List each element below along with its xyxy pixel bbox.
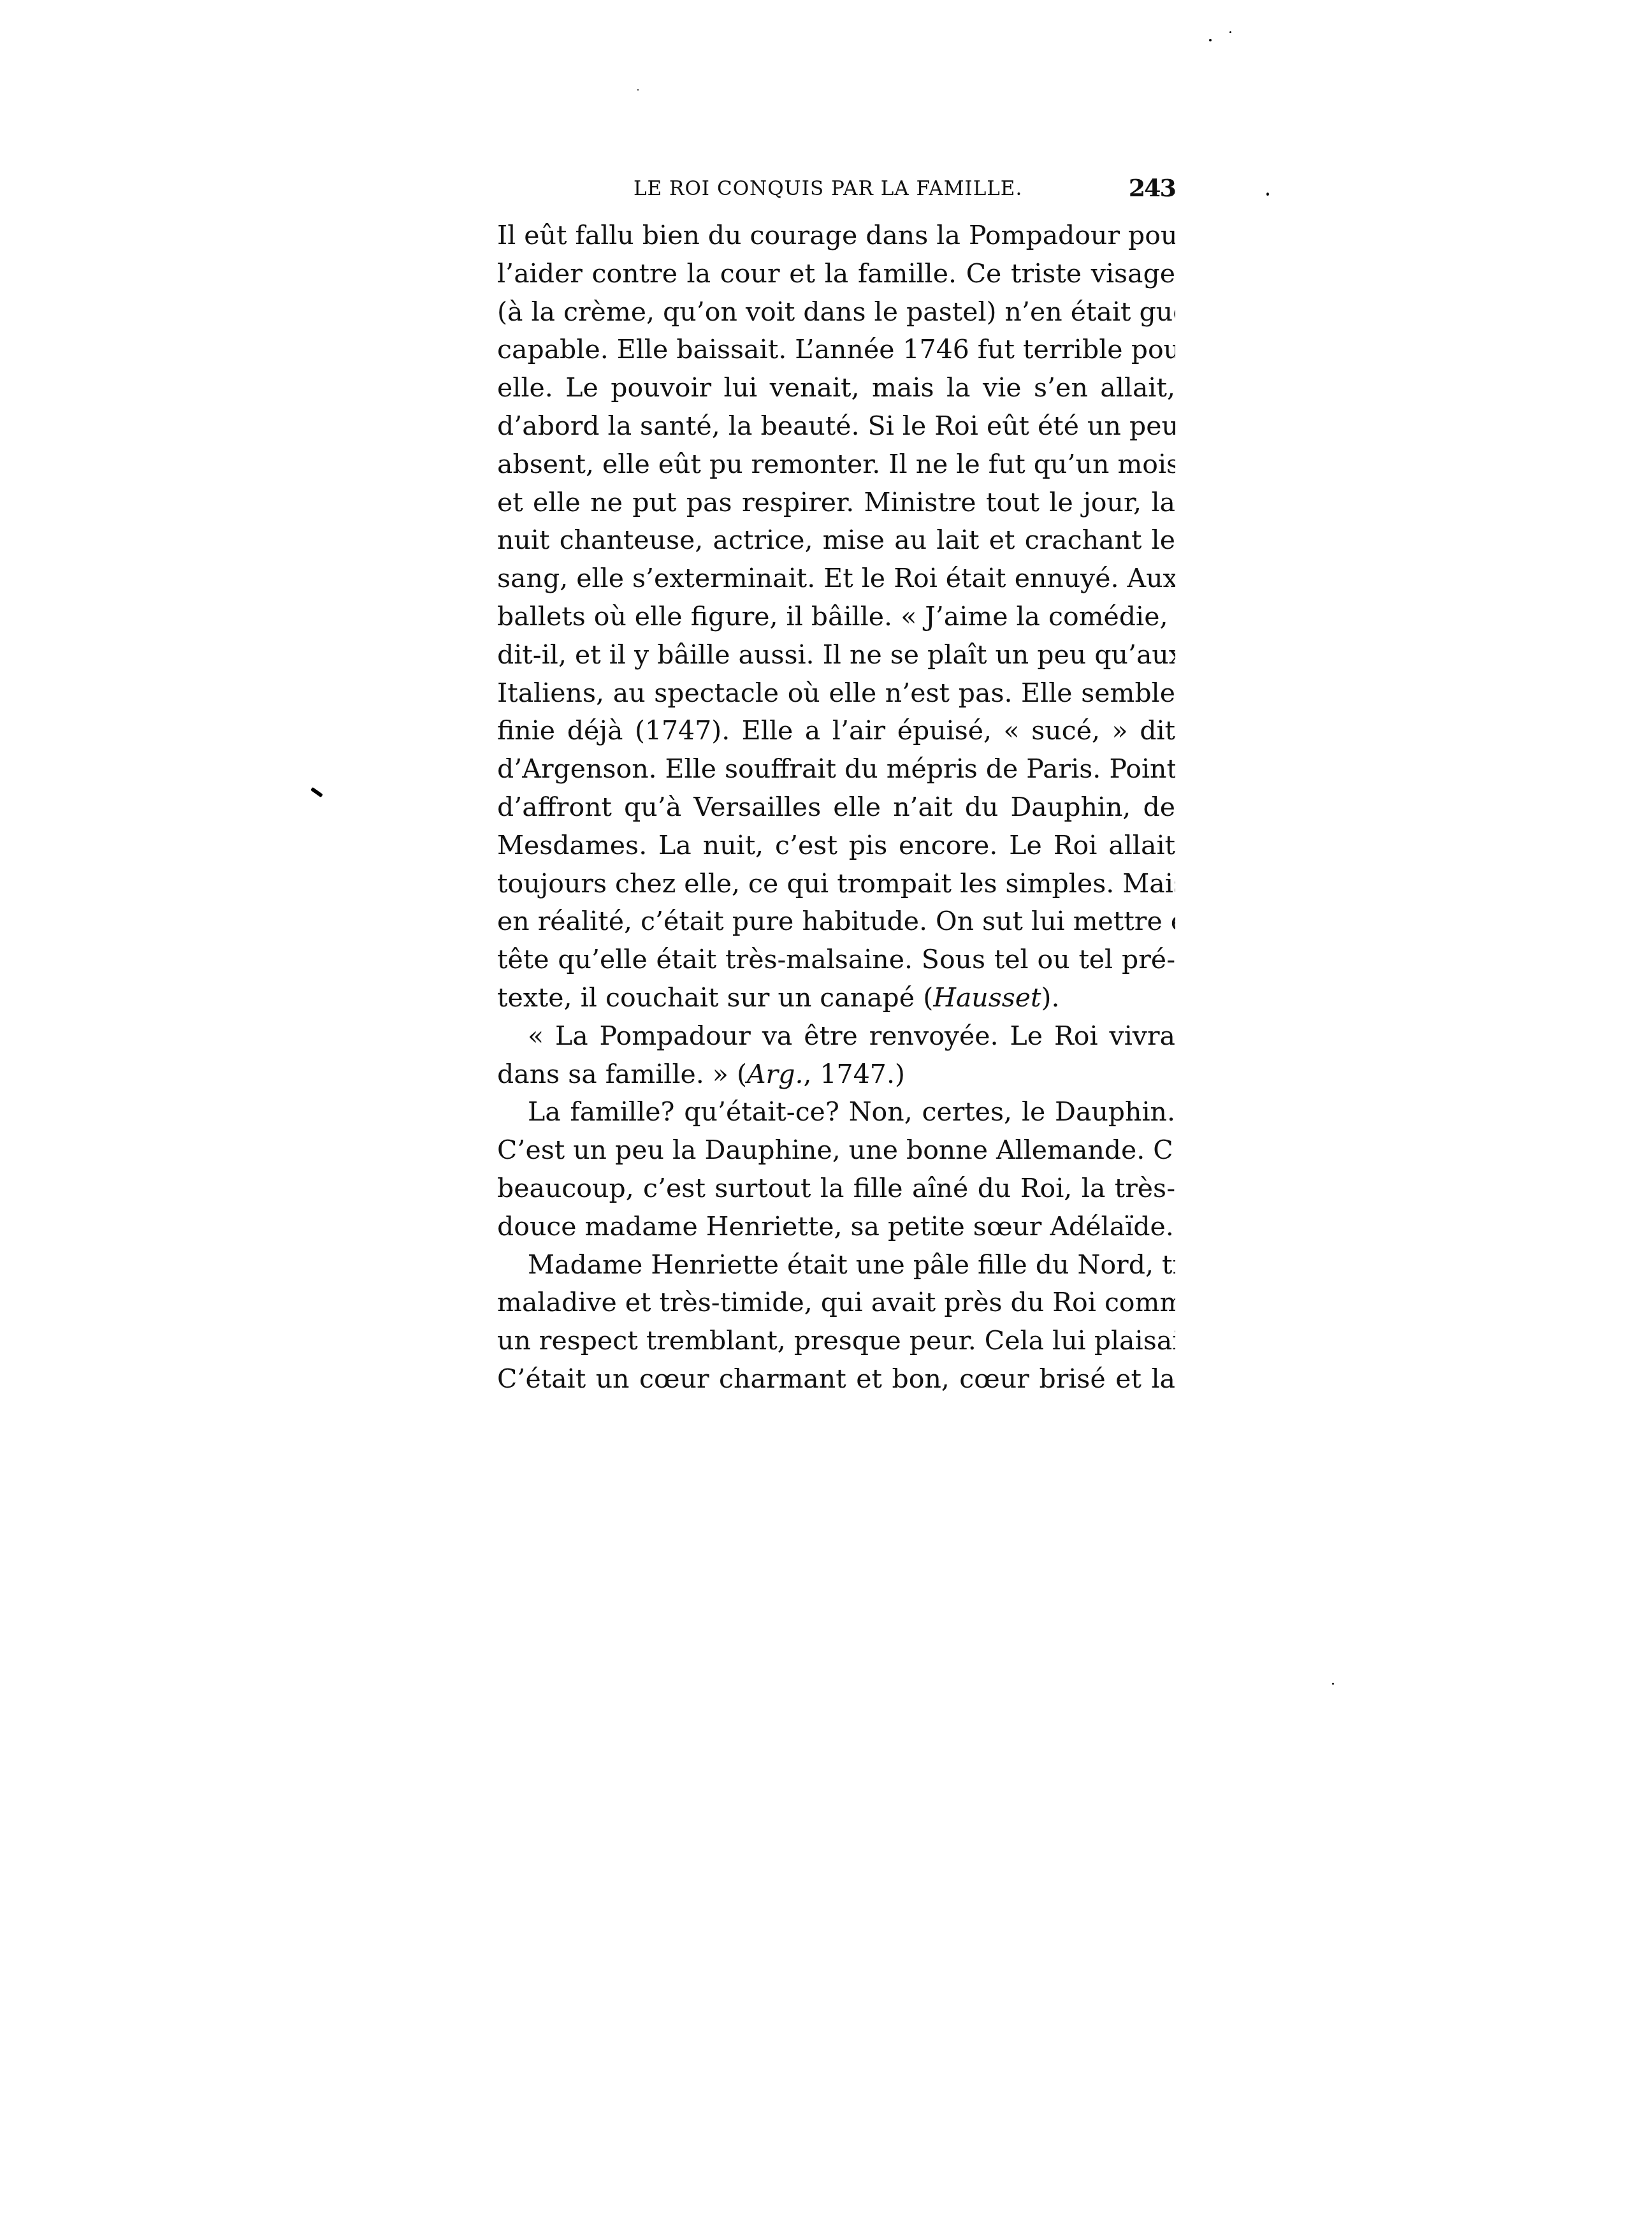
text-line: Mesdames. La nuit, c’est pis encore. Le … bbox=[497, 827, 1175, 865]
scan-speck bbox=[1266, 192, 1269, 196]
text-line: toujours chez elle, ce qui trompait les … bbox=[497, 865, 1175, 903]
running-head: LE ROI CONQUIS PAR LA FAMILLE. 243 bbox=[497, 173, 1175, 205]
text-line: « La Pompadour va être renvoyée. Le Roi … bbox=[497, 1017, 1175, 1056]
text-line: ballets où elle figure, il bâille. « J’a… bbox=[497, 598, 1175, 636]
text-line: Il eût fallu bien du courage dans la Pom… bbox=[497, 217, 1175, 255]
text-line: nuit chanteuse, actrice, mise au lait et… bbox=[497, 521, 1175, 560]
text-run: , 1747.) bbox=[803, 1059, 904, 1089]
text-line: (à la crème, qu’on voit dans le pastel) … bbox=[497, 293, 1175, 331]
text-line: absent, elle eût pu remonter. Il ne le f… bbox=[497, 446, 1175, 484]
body-text: Il eût fallu bien du courage dans la Pom… bbox=[497, 217, 1175, 1398]
text-line: dit-il, et il y bâille aussi. Il ne se p… bbox=[497, 636, 1175, 674]
paragraph: Il eût fallu bien du courage dans la Pom… bbox=[497, 217, 1175, 1017]
scan-speck bbox=[637, 89, 639, 91]
text-line: Italiens, au spectacle où elle n’est pas… bbox=[497, 674, 1175, 713]
text-run: ). bbox=[1041, 982, 1060, 1013]
scan-speck bbox=[1332, 1683, 1334, 1685]
text-line: d’Argenson. Elle souffrait du mépris de … bbox=[497, 750, 1175, 788]
text-line: elle. Le pouvoir lui venait, mais la vie… bbox=[497, 369, 1175, 407]
scan-mark bbox=[310, 787, 323, 797]
text-line: en réalité, c’était pure habitude. On su… bbox=[497, 903, 1175, 941]
text-line: l’aider contre la cour et la famille. Ce… bbox=[497, 255, 1175, 293]
scan-speck bbox=[1229, 31, 1231, 33]
text-line: un respect tremblant, presque peur. Cela… bbox=[497, 1322, 1175, 1360]
text-line: maladive et très-timide, qui avait près … bbox=[497, 1284, 1175, 1322]
text-line: capable. Elle baissait. L’année 1746 fut… bbox=[497, 331, 1175, 369]
text-line: sang, elle s’exterminait. Et le Roi étai… bbox=[497, 560, 1175, 598]
page-number: 243 bbox=[1129, 173, 1175, 202]
running-head-title: LE ROI CONQUIS PAR LA FAMILLE. bbox=[634, 177, 1022, 200]
text-line: Madame Henriette était une pâle fille du… bbox=[497, 1246, 1175, 1284]
text-line: beaucoup, c’est surtout la fille aîné du… bbox=[497, 1170, 1175, 1208]
quotation-paragraph: « La Pompadour va être renvoyée. Le Roi … bbox=[497, 1017, 1175, 1094]
citation-source: Arg. bbox=[747, 1059, 804, 1089]
text-line: texte, il couchait sur un canapé (Hausse… bbox=[497, 979, 1175, 1017]
text-run: texte, il couchait sur un canapé ( bbox=[497, 982, 933, 1013]
scan-speck bbox=[1209, 39, 1212, 41]
text-line: dans sa famille. » (Arg., 1747.) bbox=[497, 1056, 1175, 1094]
text-line: finie déjà (1747). Elle a l’air épuisé, … bbox=[497, 712, 1175, 750]
text-line: C’est un peu la Dauphine, une bonne Alle… bbox=[497, 1131, 1175, 1170]
text-line: C’était un cœur charmant et bon, cœur br… bbox=[497, 1360, 1175, 1398]
text-line: tête qu’elle était très-malsaine. Sous t… bbox=[497, 941, 1175, 979]
text-line: La famille? qu’était-ce? Non, certes, le… bbox=[497, 1093, 1175, 1131]
paragraph: Madame Henriette était une pâle fille du… bbox=[497, 1246, 1175, 1398]
book-page: LE ROI CONQUIS PAR LA FAMILLE. 243 Il eû… bbox=[0, 0, 1652, 2236]
text-line: d’abord la santé, la beauté. Si le Roi e… bbox=[497, 407, 1175, 446]
citation-source: Hausset bbox=[933, 982, 1041, 1013]
text-run: dans sa famille. » ( bbox=[497, 1059, 747, 1089]
text-line: d’affront qu’à Versailles elle n’ait du … bbox=[497, 788, 1175, 827]
text-line: douce madame Henriette, sa petite sœur A… bbox=[497, 1208, 1175, 1246]
paragraph: La famille? qu’était-ce? Non, certes, le… bbox=[497, 1093, 1175, 1245]
text-line: et elle ne put pas respirer. Ministre to… bbox=[497, 484, 1175, 522]
